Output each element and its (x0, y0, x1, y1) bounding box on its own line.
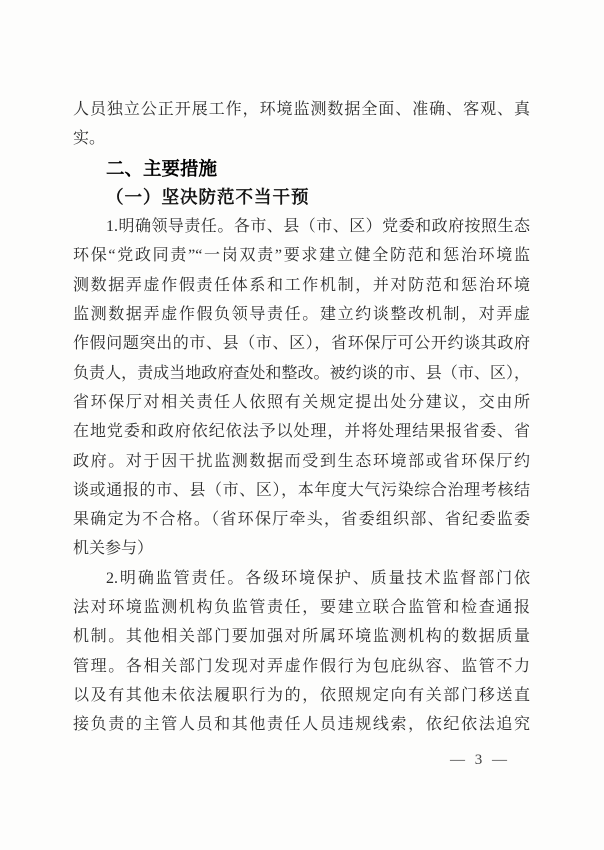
document-page: 人员独立公正开展工作，环境监测数据全面、准确、客观、真 实。 二、主要措施 （一… (0, 0, 604, 850)
document-body: 人员独立公正开展工作，环境监测数据全面、准确、客观、真 实。 二、主要措施 （一… (73, 95, 530, 740)
paragraph-line: 作假问题突出的市、县（市、区），省环保厅可公开约谈其政府 (73, 329, 530, 358)
paragraph-line: 管理。各相关部门发现对弄虚作假行为包庇纵容、监管不力 (73, 652, 530, 681)
paragraph-line: 1.明确领导责任。各市、县（市、区）党委和政府按照生态 (73, 212, 530, 241)
paragraph-line: 果确定为不合格。（省环保厅牵头，省委组织部、省纪委监委 (73, 505, 530, 534)
subsection-heading: （一）坚决防范不当干预 (73, 183, 530, 212)
paragraph-line: 机制。其他相关部门要加强对所属环境监测机构的数据质量 (73, 622, 530, 651)
paragraph-line: 政府。对于因干扰监测数据而受到生态环境部或省环保厅约 (73, 447, 530, 476)
paragraph-line: 人员独立公正开展工作，环境监测数据全面、准确、客观、真 (73, 95, 530, 124)
paragraph-line: 实。 (73, 124, 530, 153)
paragraph-line: 监测数据弄虚作假负领导责任。建立约谈整改机制，对弄虚 (73, 300, 530, 329)
paragraph-line: 2.明确监管责任。各级环境保护、质量技术监督部门依 (73, 564, 530, 593)
paragraph-line: 以及有其他未依法履职行为的，依照规定向有关部门移送直 (73, 681, 530, 710)
paragraph-line: 接负责的主管人员和其他责任人员违规线索，依纪依法追究 (73, 710, 530, 739)
paragraph-line: 法对环境监测机构负监管责任，要建立联合监管和检查通报 (73, 593, 530, 622)
paragraph-line: 在地党委和政府依纪依法予以处理，并将处理结果报省委、省 (73, 417, 530, 446)
page-number: — 3 — (450, 752, 510, 769)
paragraph-line: 环保“党政同责”“一岗双责”要求建立健全防范和惩治环境监 (73, 241, 530, 270)
paragraph-line: 测数据弄虚作假责任体系和工作机制，并对防范和惩治环境 (73, 271, 530, 300)
section-heading: 二、主要措施 (73, 154, 530, 183)
paragraph-line: 谈或通报的市、县（市、区），本年度大气污染综合治理考核结 (73, 476, 530, 505)
paragraph-line: 负责人，责成当地政府查处和整改。被约谈的市、县（市、区）， (73, 359, 530, 388)
paragraph-line: 机关参与） (73, 534, 530, 563)
paragraph-line: 省环保厅对相关责任人依照有关规定提出处分建议，交由所 (73, 388, 530, 417)
